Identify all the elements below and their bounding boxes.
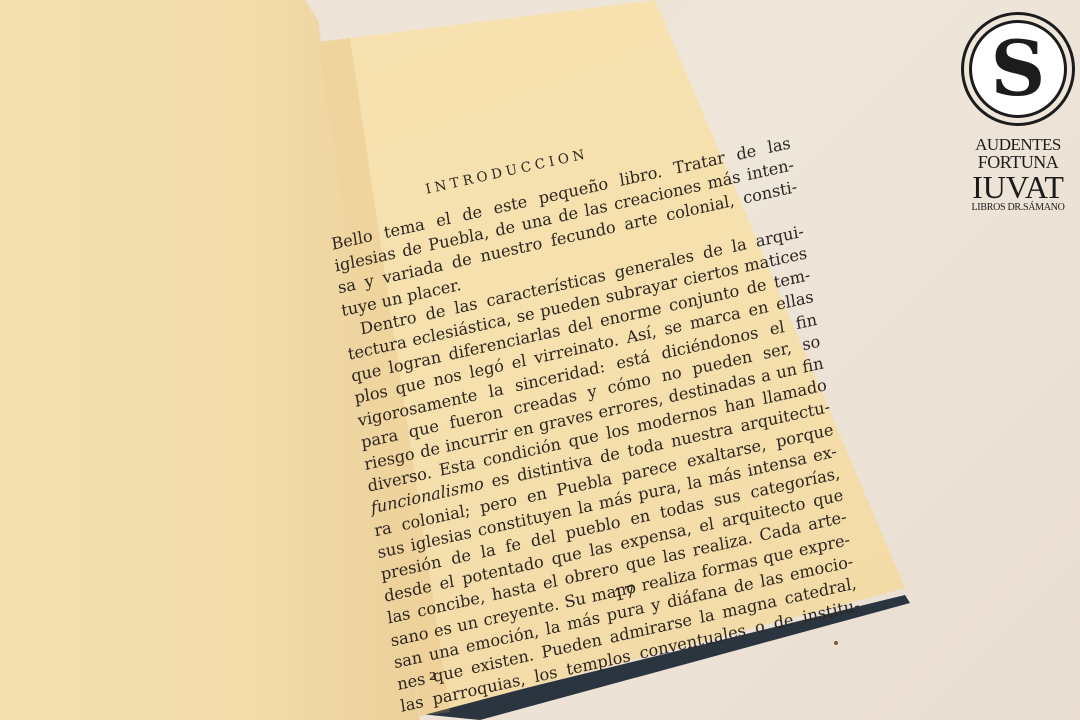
monogram-s-icon: S xyxy=(969,20,1067,118)
page-text: Bello tema el de este pequeño libro. Tra… xyxy=(330,132,861,718)
watermark-logo: S AUDENTES FORTUNA IUVAT LIBROS DR.SÁMAN… xyxy=(956,20,1080,220)
signature-mark: 2 xyxy=(429,670,437,683)
logo-motto-3: IUVAT xyxy=(956,171,1080,203)
dust-speck xyxy=(834,641,838,645)
logo-brand: LIBROS DR.SÁMANO xyxy=(956,203,1080,213)
logo-motto-1: AUDENTES xyxy=(956,136,1080,153)
